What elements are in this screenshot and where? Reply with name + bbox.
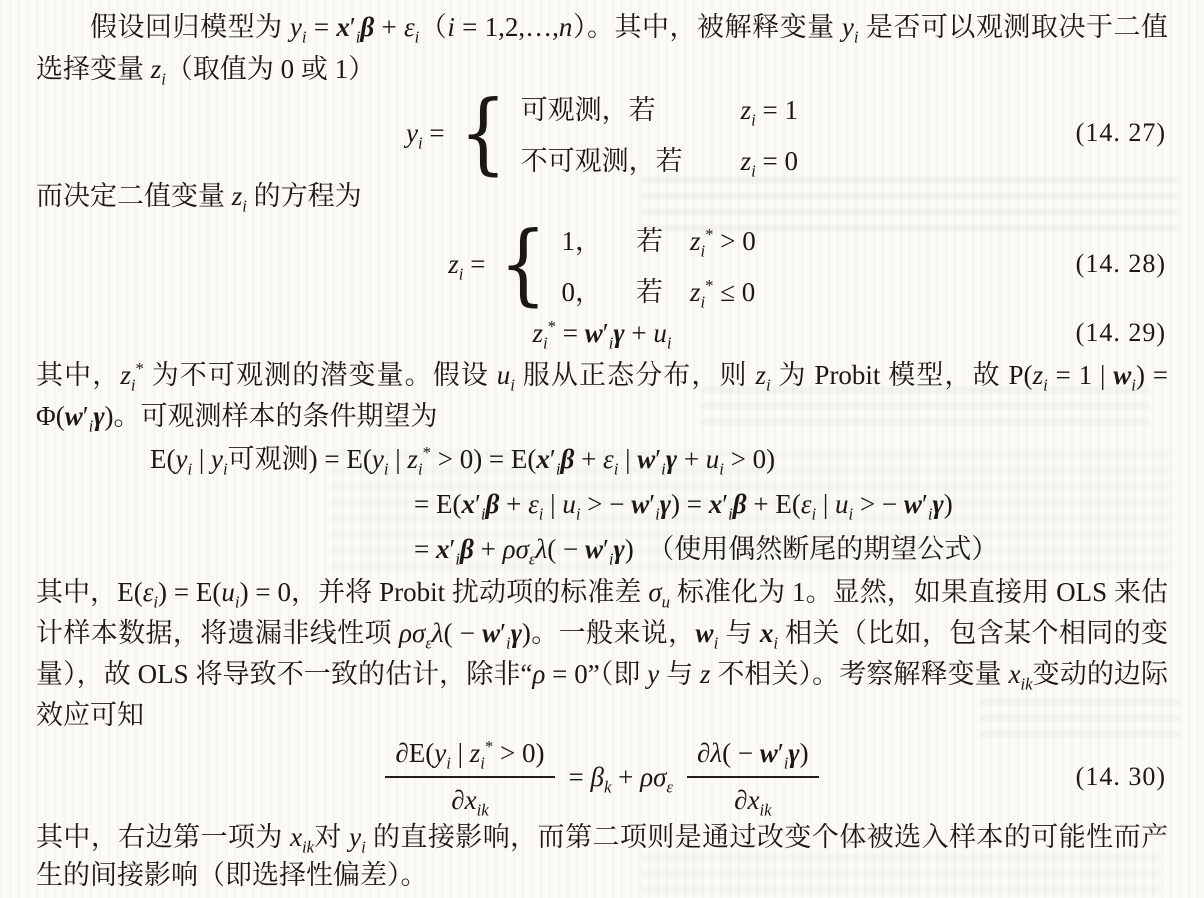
eq30-left-numerator: ∂E(yi | zi* > 0): [385, 738, 554, 778]
eq30-right-denominator: ∂xik: [734, 778, 771, 816]
equation-14-27: yi = { 可观测，若 zi = 1 不可观测，若 zi = 0 (14. 2…: [36, 90, 1168, 176]
eq27-lhs: yi =: [406, 118, 445, 149]
equation-14-30-body: ∂E(yi | zi* > 0) ∂xik = βk + ρσε ∂λ( − w…: [385, 738, 818, 816]
eq30-right-numerator: ∂λ( − w′iγ): [687, 738, 819, 778]
eq27-case2-label: 不可观测，若: [521, 139, 683, 178]
derivation-line-3: = x′iβ + ρσελ( − w′iγ) （使用偶然断尾的期望公式）: [414, 527, 1168, 572]
derivation-line-1: E(yi | yi可观测) = E(yi | zi* > 0) = E(x′iβ…: [150, 437, 1168, 482]
eq28-cases: 1， 若 zi* > 0 0， 若 zi* ≤ 0: [561, 219, 755, 309]
eq30-left-fraction: ∂E(yi | zi* > 0) ∂xik: [385, 738, 554, 816]
eq27-cases: 可观测，若 zi = 1 不可观测，若 zi = 0: [521, 88, 798, 178]
paragraph-regression-model-setup: 假设回归模型为 yi = x′iβ + εi（i = 1,2,…,n）。其中，被…: [36, 6, 1168, 90]
equation-14-30: ∂E(yi | zi* > 0) ∂xik = βk + ρσε ∂λ( − w…: [36, 736, 1168, 818]
equation-number-14-30: (14. 30): [1076, 762, 1166, 792]
paragraph-direct-indirect-effects: 其中，右边第一项为 xik对 yi 的直接影响，而第二项则是通过改变个体被选入样…: [36, 818, 1168, 894]
conditional-expectation-derivation: E(yi | yi可观测) = E(yi | zi* > 0) = E(x′iβ…: [150, 437, 1168, 572]
eq27-case1-condition: zi = 1: [741, 95, 798, 126]
eq27-case2-condition: zi = 0: [741, 146, 798, 177]
equation-number-14-27: (14. 27): [1076, 118, 1166, 148]
cases-brace: {: [459, 93, 507, 172]
cases-brace: {: [500, 224, 548, 303]
eq30-left-denominator: ∂xik: [451, 778, 488, 816]
eq27-case1-label: 可观测，若: [521, 88, 683, 127]
equation-14-27-body: yi = { 可观测，若 zi = 1 不可观测，若 zi = 0: [406, 88, 798, 178]
eq28-case1-label: 1，: [561, 219, 602, 258]
book-page: 假设回归模型为 yi = x′iβ + εi（i = 1,2,…,n）。其中，被…: [0, 0, 1204, 898]
eq30-middle-terms: = βk + ρσε: [569, 762, 674, 793]
eq28-case1-condition: 若 zi* > 0: [636, 219, 756, 258]
eq30-right-fraction: ∂λ( − w′iγ) ∂xik: [687, 738, 819, 816]
paragraph-latent-variable-probit: 其中，zi* 为不可观测的潜变量。假设 ui 服从正态分布，则 zi 为 Pro…: [36, 355, 1168, 437]
derivation-line-2: = E(x′iβ + εi | ui > − w′iγ) = x′iβ + E(…: [414, 482, 1168, 527]
scanned-textbook-page: { "page": { "background_color": "#fbfaf6…: [0, 0, 1204, 898]
paragraph-ols-inconsistency: 其中，E(εi) = E(ui) = 0，并将 Probit 扰动项的标准差 σ…: [36, 572, 1168, 736]
equation-number-14-29: (14. 29): [1076, 318, 1166, 348]
eq28-case2-condition: 若 zi* ≤ 0: [636, 270, 756, 309]
equation-14-28: zi = { 1， 若 zi* > 0 0， 若 zi* ≤ 0 (14. 28…: [36, 217, 1168, 311]
eq28-lhs: zi =: [448, 249, 485, 280]
equation-14-29: zi* = w′iγ + ui (14. 29): [36, 311, 1168, 355]
equation-14-28-body: zi = { 1， 若 zi* > 0 0， 若 zi* ≤ 0: [448, 219, 755, 309]
eq28-case2-label: 0，: [561, 270, 602, 309]
paragraph-selection-equation-intro: 而决定二值变量 zi 的方程为: [36, 176, 1168, 217]
equation-number-14-28: (14. 28): [1076, 249, 1166, 279]
eq29-body: zi* = w′iγ + ui: [533, 318, 672, 349]
